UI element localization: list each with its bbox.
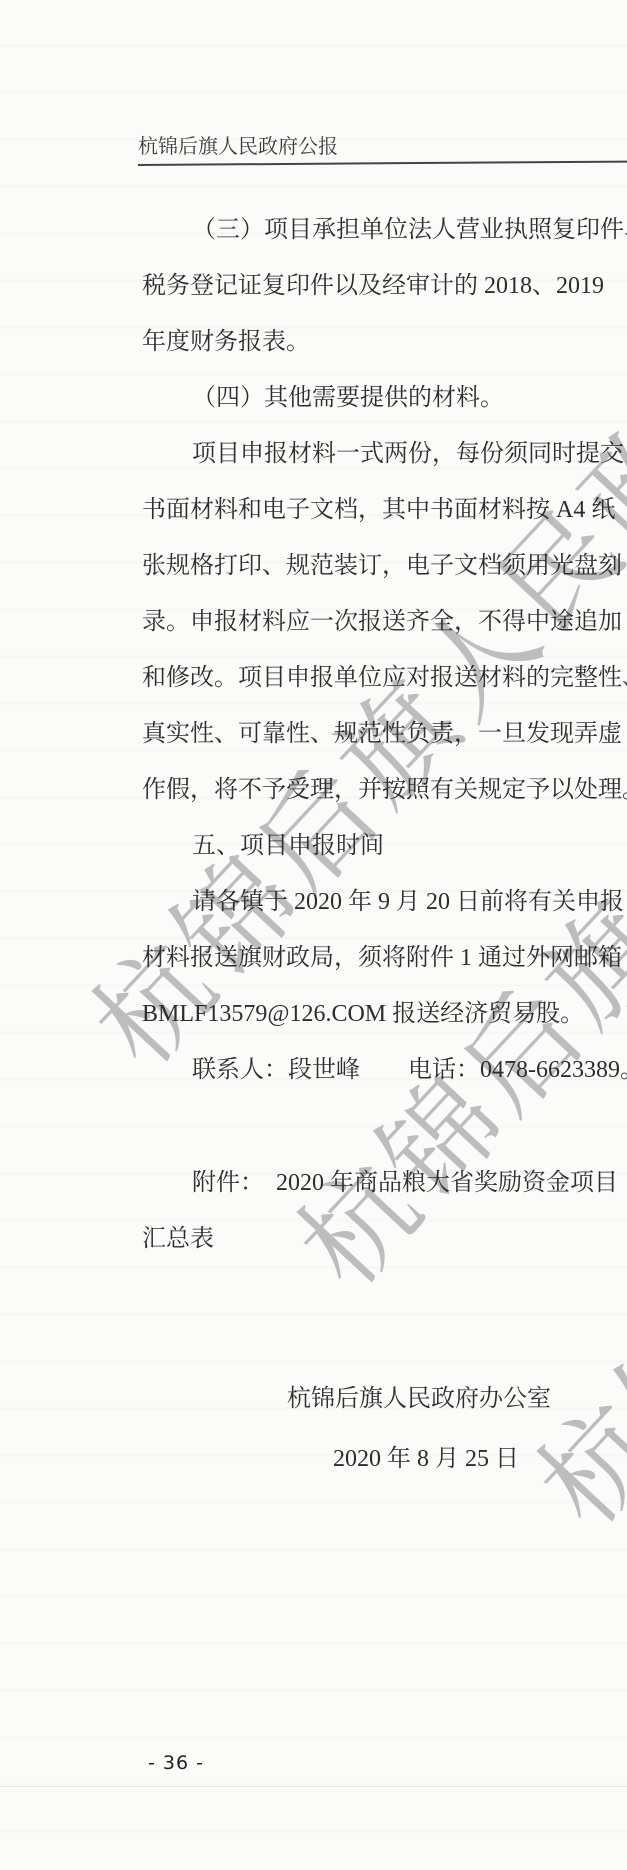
- body-line: BMLF13579@126.COM 报送经济贸易股。: [142, 986, 627, 1042]
- scan-streak: [0, 1786, 627, 1787]
- body-line: 项目申报材料一式两份，每份须同时提交: [142, 426, 627, 482]
- body-line: 张规格打印、规范装订，电子文档须用光盘刻: [142, 538, 627, 594]
- document-body: （三）项目承担单位法人营业执照复印件、 税务登记证复印件以及经审计的 2018、…: [142, 202, 627, 1267]
- body-line: （三）项目承担单位法人营业执照复印件、: [142, 202, 627, 258]
- body-line: 税务登记证复印件以及经审计的 2018、2019: [142, 258, 627, 314]
- body-section-heading: 五、项目申报时间: [142, 818, 627, 874]
- signature-office: 杭锦后旗人民政府办公室: [287, 1378, 551, 1413]
- signature-date: 2020 年 8 月 25 日: [333, 1438, 519, 1473]
- gazette-header-title: 杭锦后旗人民政府公报: [138, 130, 338, 159]
- attachment-line: 汇总表: [142, 1211, 627, 1267]
- body-line: 材料报送旗财政局，须将附件 1 通过外网邮箱: [142, 930, 627, 986]
- header-divider: [138, 161, 627, 166]
- body-line: （四）其他需要提供的材料。: [142, 370, 627, 426]
- body-line: 录。申报材料应一次报送齐全，不得中途追加: [142, 594, 627, 650]
- attachment-line: 附件： 2020 年商品粮大省奖励资金项目: [142, 1155, 627, 1211]
- gazette-page: 杭锦后旗人民政府 杭锦后旗人民政府 杭锦后旗人民政府 杭锦后旗人民政府公报 （三…: [0, 0, 627, 1870]
- body-line: 年度财务报表。: [142, 314, 627, 370]
- body-line: 和修改。项目申报单位应对报送材料的完整性、: [142, 650, 627, 706]
- body-line: 书面材料和电子文档，其中书面材料按 A4 纸: [142, 482, 627, 538]
- body-line: 真实性、可靠性、规范性负责，一旦发现弄虚: [142, 706, 627, 762]
- contact-line: 联系人：段世峰 电话：0478-6623389。: [142, 1042, 627, 1098]
- body-line: 作假，将不予受理，并按照有关规定予以处理。: [142, 762, 627, 818]
- body-line: 请各镇于 2020 年 9 月 20 日前将有关申报: [142, 874, 627, 930]
- page-number: - 36 -: [148, 1752, 204, 1774]
